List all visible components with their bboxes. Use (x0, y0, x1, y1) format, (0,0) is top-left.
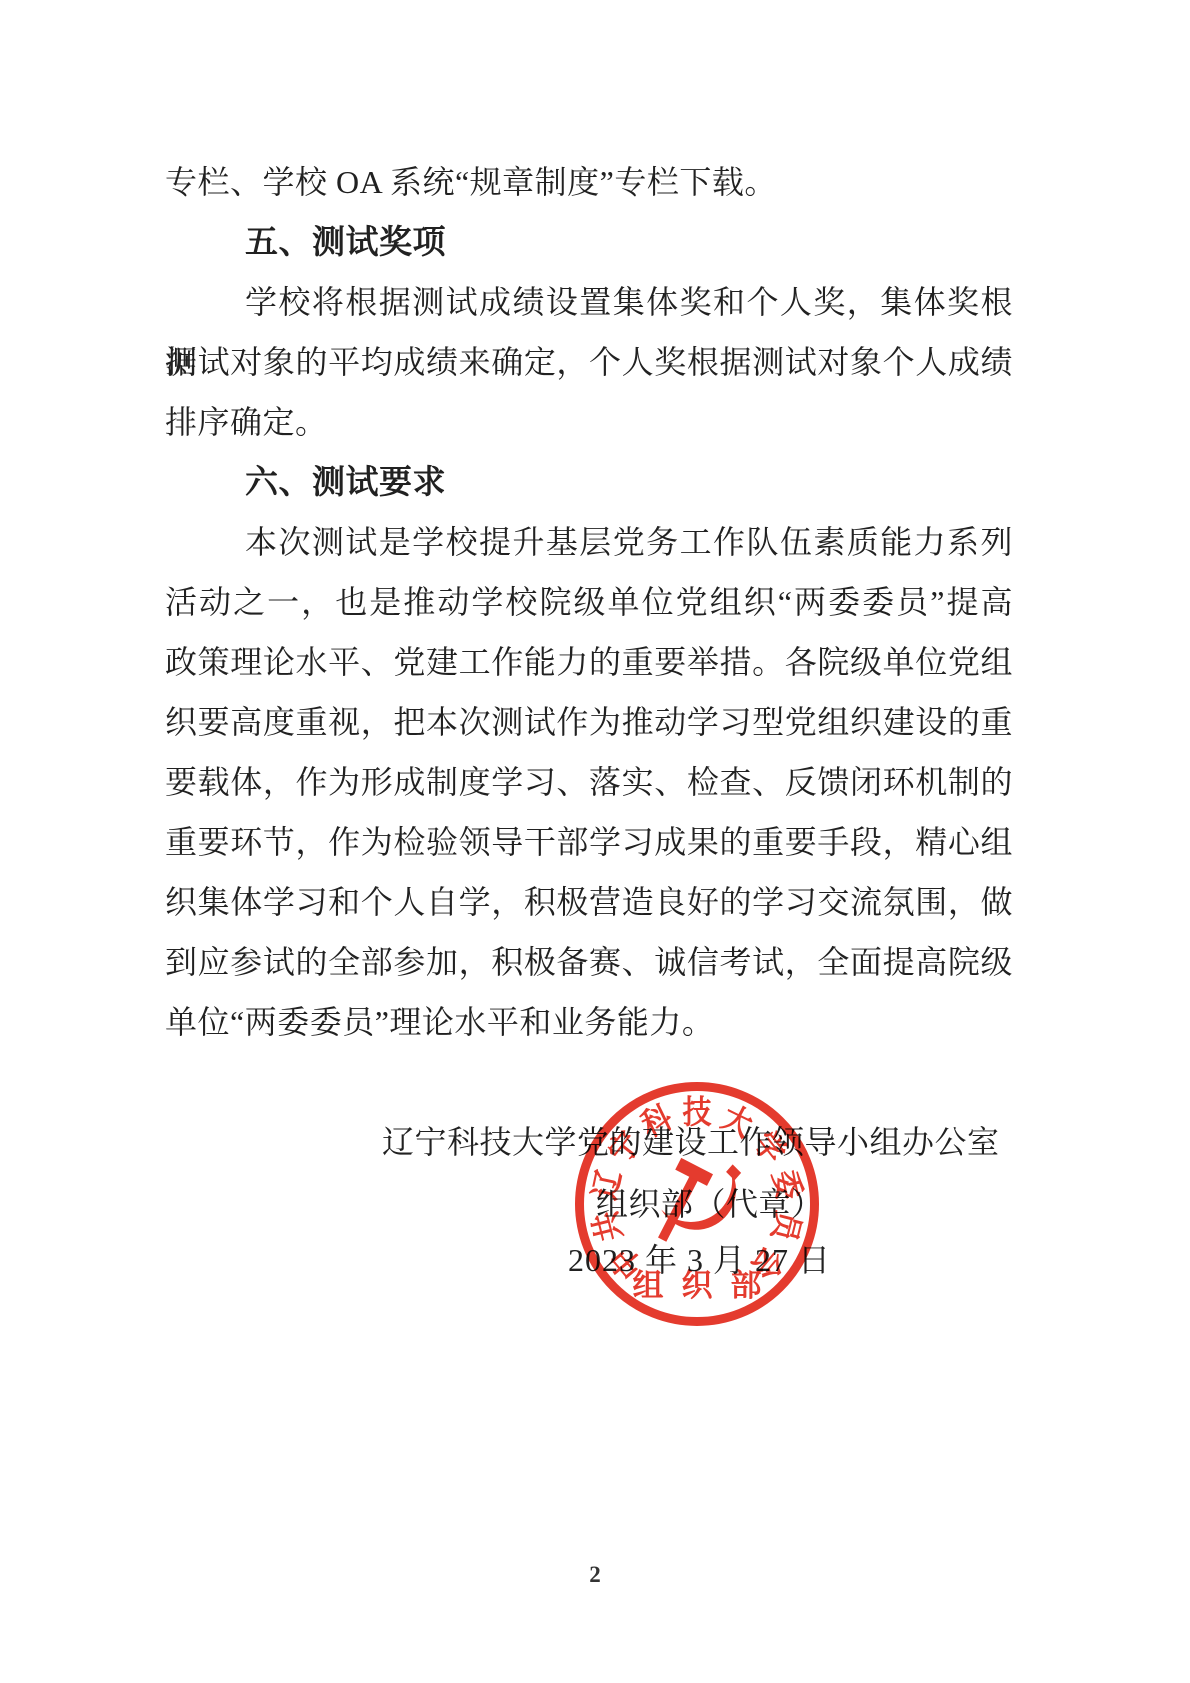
doc-line: 要载体，作为形成制度学习、落实、检查、反馈闭环机制的 (165, 752, 1013, 812)
doc-line: 织集体学习和个人自学，积极营造良好的学习交流氛围，做 (165, 872, 1013, 932)
doc-line: 本次测试是学校提升基层党务工作队伍素质能力系列 (165, 512, 1013, 572)
doc-line: 测试对象的平均成绩来确定，个人奖根据测试对象个人成绩 (165, 332, 1013, 392)
doc-line: 织要高度重视，把本次测试作为推动学习型党组织建设的重 (165, 692, 1013, 752)
signature-dept-line: 组织部（代章） (596, 1174, 824, 1234)
signature-office-line: 辽宁科技大学党的建设工作领导小组办公室 (382, 1112, 1000, 1172)
doc-line: 五、测试奖项 (165, 212, 1013, 272)
doc-line: 专栏、学校 OA 系统“规章制度”专栏下载。 (165, 152, 1013, 212)
doc-line: 学校将根据测试成绩设置集体奖和个人奖，集体奖根据 (165, 272, 1013, 332)
signature-date-line: 2023 年 3 月 27 日 (568, 1230, 831, 1290)
doc-line: 排序确定。 (165, 392, 1013, 452)
document-page: 专栏、学校 OA 系统“规章制度”专栏下载。五、测试奖项学校将根据测试成绩设置集… (0, 0, 1190, 1683)
document-body: 专栏、学校 OA 系统“规章制度”专栏下载。五、测试奖项学校将根据测试成绩设置集… (165, 152, 1013, 1052)
doc-line: 重要环节，作为检验领导干部学习成果的重要手段，精心组 (165, 812, 1013, 872)
doc-line: 到应参试的全部参加，积极备赛、诚信考试，全面提高院级 (165, 932, 1013, 992)
doc-line: 六、测试要求 (165, 452, 1013, 512)
page-number: 2 (0, 1562, 1190, 1588)
doc-line: 单位“两委委员”理论水平和业务能力。 (165, 992, 1013, 1052)
doc-line: 政策理论水平、党建工作能力的重要举措。各院级单位党组 (165, 632, 1013, 692)
doc-line: 活动之一，也是推动学校院级单位党组织“两委委员”提高 (165, 572, 1013, 632)
